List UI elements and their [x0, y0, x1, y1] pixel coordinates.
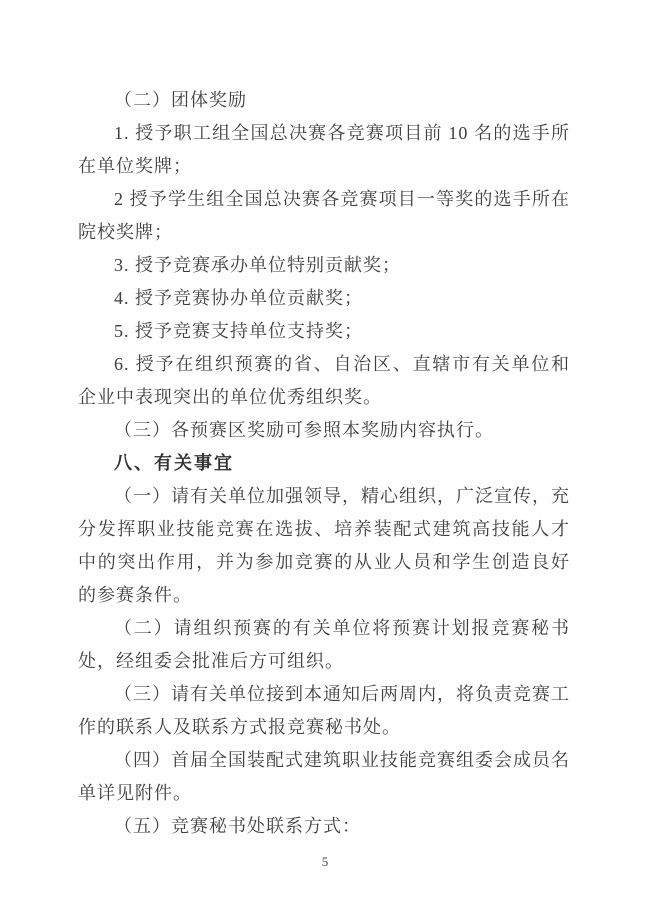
paragraph-matter-4: （四）首届全国装配式建筑职业技能竞赛组委会成员名单详见附件。: [78, 744, 570, 810]
paragraph-item-2: 2 授予学生组全国总决赛各竞赛项目一等奖的选手所在院校奖牌；: [78, 183, 570, 249]
document-page: （二）团体奖励 1. 授予职工组全国总决赛各竞赛项目前 10 名的选手所在单位奖…: [0, 0, 650, 919]
paragraph-item-6: 6. 授予在组织预赛的省、自治区、直辖市有关单位和企业中表现突出的单位优秀组织奖…: [78, 348, 570, 414]
paragraph-matter-3: （三）请有关单位接到本通知后两周内，将负责竞赛工作的联系人及联系方式报竞赛秘书处…: [78, 678, 570, 744]
paragraph-preliminary-awards: （三）各预赛区奖励可参照本奖励内容执行。: [78, 414, 570, 447]
paragraph-item-4: 4. 授予竞赛协办单位贡献奖；: [78, 282, 570, 315]
paragraph-item-1: 1. 授予职工组全国总决赛各竞赛项目前 10 名的选手所在单位奖牌；: [78, 117, 570, 183]
paragraph-matter-1: （一）请有关单位加强领导，精心组织，广泛宣传，充分发挥职业技能竞赛在选拔、培养装…: [78, 480, 570, 612]
paragraph-matter-2: （二）请组织预赛的有关单位将预赛计划报竞赛秘书处，经组委会批准后方可组织。: [78, 612, 570, 678]
paragraph-item-3: 3. 授予竞赛承办单位特别贡献奖；: [78, 249, 570, 282]
paragraph-matter-5: （五）竞赛秘书处联系方式：: [78, 810, 570, 843]
page-number: 5: [0, 854, 650, 870]
document-body: （二）团体奖励 1. 授予职工组全国总决赛各竞赛项目前 10 名的选手所在单位奖…: [78, 84, 570, 843]
paragraph-team-award-heading: （二）团体奖励: [78, 84, 570, 117]
section-heading-related-matters: 八、有关事宜: [78, 447, 570, 480]
paragraph-item-5: 5. 授予竞赛支持单位支持奖；: [78, 315, 570, 348]
